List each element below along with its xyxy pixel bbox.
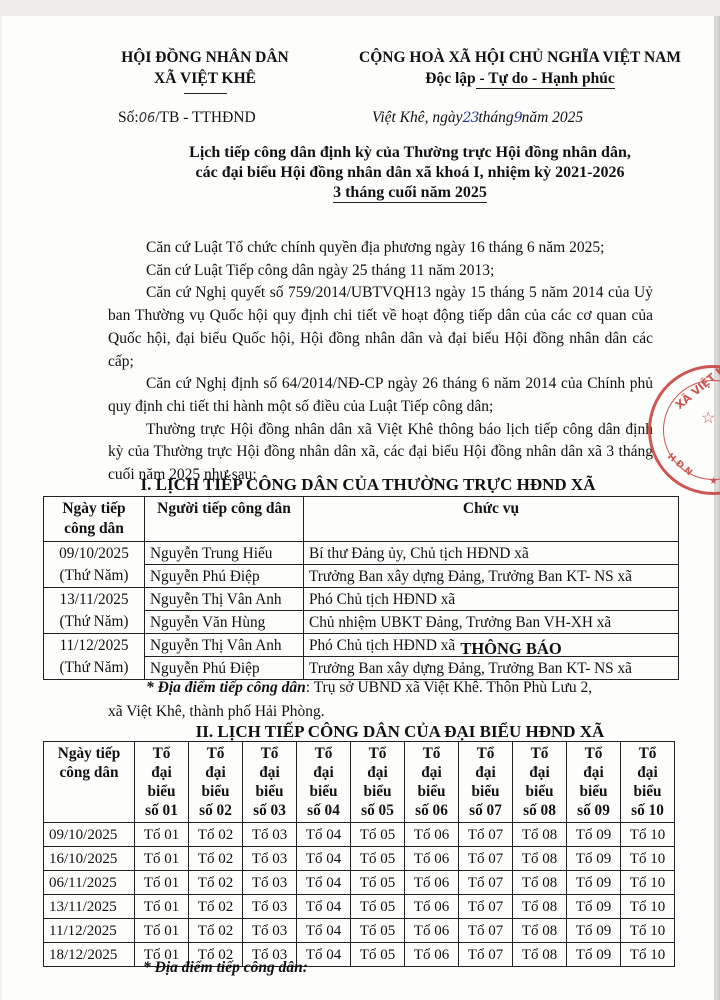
- column-header-group: Tổđạibiểusố 07: [459, 742, 513, 823]
- delegate-group-cell: Tổ 01: [135, 823, 189, 847]
- delegate-group-cell: Tổ 01: [135, 895, 189, 919]
- table-row: 09/10/2025Nguyễn Trung HiếuBí thư Đảng ủ…: [44, 542, 679, 565]
- person-position: Phó Chủ tịch HĐND xã: [304, 588, 679, 611]
- delegate-group-cell: Tổ 03: [243, 919, 297, 943]
- date-place: Việt Khê, ngày: [372, 109, 463, 126]
- delegate-group-cell: Tổ 10: [621, 895, 675, 919]
- notice-title-block: THÔNG BÁO Lịch tiếp công dân định kỳ của…: [150, 143, 670, 203]
- table-header-row: Ngày tiếp công dân Tổđạibiểusố 01Tổđạibi…: [44, 742, 675, 823]
- table-row: 11/12/2025Nguyễn Thị Vân AnhPhó Chủ tịch…: [44, 634, 679, 657]
- table-row: 11/12/2025Tổ 01Tổ 02Tổ 03Tổ 04Tổ 05Tổ 06…: [44, 919, 675, 943]
- reception-weekday: (Thứ Năm): [44, 657, 145, 680]
- receiving-person: Nguyễn Trung Hiếu: [145, 542, 304, 565]
- delegate-group-cell: Tổ 07: [459, 847, 513, 871]
- legal-basis-body: Căn cứ Luật Tổ chức chính quyền địa phươ…: [108, 237, 653, 487]
- reception-date: 13/11/2025: [44, 588, 145, 611]
- delegate-group-cell: Tổ 05: [351, 919, 405, 943]
- date-month-label: tháng: [478, 109, 513, 126]
- column-header-date: Ngày tiếp công dân: [44, 742, 135, 823]
- table-row: (Thứ Năm)Nguyễn Phú ĐiệpTrưởng Ban xây d…: [44, 657, 679, 680]
- table-row: 06/11/2025Tổ 01Tổ 02Tổ 03Tổ 04Tổ 05Tổ 06…: [44, 871, 675, 895]
- delegate-group-cell: Tổ 06: [405, 895, 459, 919]
- reception-weekday: (Thứ Năm): [44, 565, 145, 588]
- table-row: (Thứ Năm)Nguyễn Phú ĐiệpTrưởng Ban xây d…: [44, 565, 679, 588]
- delegate-group-cell: Tổ 07: [459, 823, 513, 847]
- motto-underlined: - Tự do - Hạnh phúc: [476, 70, 615, 89]
- table-row: 18/12/2025Tổ 01Tổ 02Tổ 03Tổ 04Tổ 05Tổ 06…: [44, 943, 675, 967]
- table-row: 09/10/2025Tổ 01Tổ 02Tổ 03Tổ 04Tổ 05Tổ 06…: [44, 823, 675, 847]
- column-header-date: Ngày tiếp công dân: [44, 497, 145, 542]
- delegate-group-cell: Tổ 08: [513, 871, 567, 895]
- issuing-authority: HỘI ĐỒNG NHÂN DÂN XÃ VIỆT KHÊ: [100, 47, 310, 94]
- motto-prefix: Độc lập: [425, 70, 475, 87]
- delegate-group-cell: Tổ 05: [351, 823, 405, 847]
- org-underline: [184, 93, 227, 94]
- column-header-group: Tổđạibiểusố 04: [297, 742, 351, 823]
- org-line-1: HỘI ĐỒNG NHÂN DÂN: [100, 47, 310, 68]
- delegate-group-cell: Tổ 03: [243, 871, 297, 895]
- receiving-person: Nguyễn Phú Điệp: [145, 657, 304, 680]
- section-1-heading: I. LỊCH TIẾP CÔNG DÂN CỦA THƯỜNG TRỰC HĐ…: [118, 475, 618, 495]
- nation-name: CỘNG HOÀ XÃ HỘI CHỦ NGHĨA VIỆT NAM: [315, 47, 720, 68]
- delegate-group-cell: Tổ 01: [135, 871, 189, 895]
- column-header-group: Tổđạibiểusố 10: [621, 742, 675, 823]
- date-month: 9: [514, 110, 522, 126]
- delegate-group-cell: Tổ 09: [567, 871, 621, 895]
- basis-paragraph: Căn cứ Nghị quyết số 759/2014/UBTVQH13 n…: [108, 282, 653, 373]
- delegate-group-cell: Tổ 07: [459, 943, 513, 967]
- reception-date: 09/10/2025: [44, 823, 135, 847]
- doc-no-handwritten: 06: [139, 111, 156, 126]
- delegate-group-cell: Tổ 04: [297, 895, 351, 919]
- seal-small-star-icon: ★: [709, 476, 718, 487]
- table-row: 16/10/2025Tổ 01Tổ 02Tổ 03Tổ 04Tổ 05Tổ 06…: [44, 847, 675, 871]
- delegate-group-cell: Tổ 10: [621, 943, 675, 967]
- reception-date: 13/11/2025: [44, 895, 135, 919]
- delegate-group-cell: Tổ 10: [621, 871, 675, 895]
- delegate-group-cell: Tổ 08: [513, 943, 567, 967]
- location-text: : Trụ sở UBND xã Việt Khê. Thôn Phù Lưu …: [306, 679, 592, 696]
- column-header-group: Tổđạibiểusố 05: [351, 742, 405, 823]
- column-header-group: Tổđạibiểusố 02: [189, 742, 243, 823]
- delegate-group-cell: Tổ 05: [351, 895, 405, 919]
- receiving-person: Nguyễn Thị Vân Anh: [145, 588, 304, 611]
- column-header-group: Tổđạibiểusố 01: [135, 742, 189, 823]
- delegate-group-cell: Tổ 09: [567, 823, 621, 847]
- delegate-group-cell: Tổ 09: [567, 943, 621, 967]
- reception-date: 09/10/2025: [44, 542, 145, 565]
- table-row: 13/11/2025Nguyễn Thị Vân AnhPhó Chủ tịch…: [44, 588, 679, 611]
- delegate-group-cell: Tổ 08: [513, 847, 567, 871]
- column-header-person: Người tiếp công dân: [145, 497, 304, 542]
- delegate-group-cell: Tổ 04: [297, 871, 351, 895]
- delegate-group-cell: Tổ 08: [513, 895, 567, 919]
- delegate-group-cell: Tổ 08: [513, 919, 567, 943]
- reception-weekday: (Thứ Năm): [44, 611, 145, 634]
- date-line: Việt Khê, ngày23tháng9năm 2025: [372, 109, 583, 127]
- delegate-group-cell: Tổ 10: [621, 823, 675, 847]
- delegate-group-cell: Tổ 02: [189, 919, 243, 943]
- delegate-group-schedule-table: Ngày tiếp công dân Tổđạibiểusố 01Tổđạibi…: [43, 741, 675, 967]
- receiving-person: Nguyễn Văn Hùng: [145, 611, 304, 634]
- delegate-group-cell: Tổ 07: [459, 871, 513, 895]
- seal-star-icon: ☆: [701, 408, 715, 428]
- basis-paragraph: Căn cứ Luật Tiếp công dân ngày 25 tháng …: [108, 260, 653, 283]
- section-1-location-note: * Địa điểm tiếp công dân: Trụ sở UBND xã…: [146, 679, 592, 697]
- person-position: Bí thư Đảng ủy, Chủ tịch HĐND xã: [304, 542, 679, 565]
- column-header-group: Tổđạibiểusố 09: [567, 742, 621, 823]
- person-position: Trưởng Ban xây dựng Đảng, Trưởng Ban KT-…: [304, 565, 679, 588]
- column-header-position: Chức vụ: [304, 497, 679, 542]
- section-2-location-note: * Địa điểm tiếp công dân:: [143, 959, 308, 977]
- delegate-group-cell: Tổ 03: [243, 823, 297, 847]
- reception-date: 11/12/2025: [44, 634, 145, 657]
- document-number: Số:06/TB - TTHĐND: [118, 109, 256, 127]
- column-header-group: Tổđạibiểusố 06: [405, 742, 459, 823]
- delegate-group-cell: Tổ 10: [621, 847, 675, 871]
- receiving-person: Nguyễn Thị Vân Anh: [145, 634, 304, 657]
- page-edge-shadow: [716, 16, 720, 1000]
- delegate-group-cell: Tổ 09: [567, 895, 621, 919]
- doc-no-prefix: Số:: [118, 109, 139, 126]
- delegate-group-cell: Tổ 09: [567, 847, 621, 871]
- delegate-group-cell: Tổ 01: [135, 847, 189, 871]
- reception-date: 11/12/2025: [44, 919, 135, 943]
- section-1-location-note-cont: xã Việt Khê, thành phố Hải Phòng.: [108, 703, 325, 721]
- table-header-row: Ngày tiếp công dân Người tiếp công dân C…: [44, 497, 679, 542]
- notice-subtitle-2: các đại biểu Hội đồng nhân dân xã khoá I…: [150, 163, 670, 183]
- notice-subtitle-3: 3 tháng cuối năm 2025: [150, 183, 670, 203]
- delegate-group-cell: Tổ 05: [351, 847, 405, 871]
- delegate-group-cell: Tổ 02: [189, 823, 243, 847]
- delegate-group-cell: Tổ 10: [621, 919, 675, 943]
- table-row: 13/11/2025Tổ 01Tổ 02Tổ 03Tổ 04Tổ 05Tổ 06…: [44, 895, 675, 919]
- delegate-group-cell: Tổ 02: [189, 895, 243, 919]
- delegate-group-cell: Tổ 02: [189, 871, 243, 895]
- column-header-group: Tổđạibiểusố 03: [243, 742, 297, 823]
- person-position: Chủ nhiệm UBKT Đảng, Trưởng Ban VH-XH xã: [304, 611, 679, 634]
- location-label: * Địa điểm tiếp công dân: [146, 679, 306, 696]
- table-row: (Thứ Năm)Nguyễn Văn HùngChủ nhiệm UBKT Đ…: [44, 611, 679, 634]
- delegate-group-cell: Tổ 03: [243, 895, 297, 919]
- notice-subtitle-1: Lịch tiếp công dân định kỳ của Thường tr…: [150, 143, 670, 163]
- delegate-group-cell: Tổ 06: [405, 823, 459, 847]
- delegate-group-cell: Tổ 06: [405, 943, 459, 967]
- reception-date: 18/12/2025: [44, 943, 135, 967]
- delegate-group-cell: Tổ 04: [297, 847, 351, 871]
- delegate-group-cell: Tổ 06: [405, 871, 459, 895]
- delegate-group-cell: Tổ 09: [567, 919, 621, 943]
- doc-no-suffix: /TB - TTHĐND: [155, 109, 255, 126]
- receiving-person: Nguyễn Phú Điệp: [145, 565, 304, 588]
- delegate-group-cell: Tổ 05: [351, 871, 405, 895]
- delegate-group-cell: Tổ 04: [297, 919, 351, 943]
- scan-top-margin: [0, 0, 720, 16]
- delegate-group-cell: Tổ 07: [459, 895, 513, 919]
- org-line-2: XÃ VIỆT KHÊ: [100, 68, 310, 89]
- date-year: năm 2025: [522, 109, 584, 126]
- notice-period: 3 tháng cuối năm 2025: [333, 184, 487, 203]
- national-motto: Độc lập - Tự do - Hạnh phúc: [315, 68, 720, 89]
- delegate-group-cell: Tổ 01: [135, 919, 189, 943]
- reception-date: 16/10/2025: [44, 847, 135, 871]
- delegate-group-cell: Tổ 08: [513, 823, 567, 847]
- delegate-group-cell: Tổ 02: [189, 847, 243, 871]
- national-heading: CỘNG HOÀ XÃ HỘI CHỦ NGHĨA VIỆT NAM Độc l…: [315, 47, 720, 89]
- standing-committee-schedule-table: Ngày tiếp công dân Người tiếp công dân C…: [43, 496, 679, 680]
- delegate-group-cell: Tổ 07: [459, 919, 513, 943]
- delegate-group-cell: Tổ 06: [405, 919, 459, 943]
- section-2-heading: II. LỊCH TIẾP CÔNG DÂN CỦA ĐẠI BIỂU HĐND…: [140, 722, 660, 742]
- basis-paragraph: Căn cứ Luật Tổ chức chính quyền địa phươ…: [108, 237, 653, 260]
- delegate-group-cell: Tổ 06: [405, 847, 459, 871]
- delegate-group-cell: Tổ 05: [351, 943, 405, 967]
- column-header-group: Tổđạibiểusố 08: [513, 742, 567, 823]
- reception-date: 06/11/2025: [44, 871, 135, 895]
- basis-paragraph: Căn cứ Nghị định số 64/2014/NĐ-CP ngày 2…: [108, 373, 653, 418]
- person-position: Trưởng Ban xây dựng Đảng, Trưởng Ban KT-…: [304, 657, 679, 680]
- date-day: 23: [463, 110, 479, 126]
- delegate-group-cell: Tổ 04: [297, 823, 351, 847]
- delegate-group-cell: Tổ 03: [243, 847, 297, 871]
- person-position: Phó Chủ tịch HĐND xã: [304, 634, 679, 657]
